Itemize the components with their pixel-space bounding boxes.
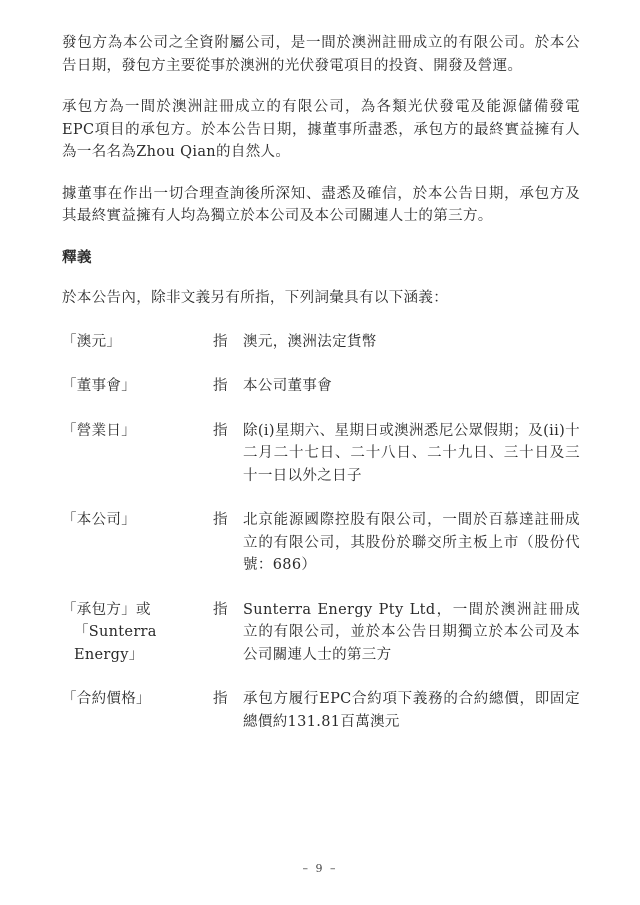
- definition-term-text: 「董事會」: [62, 378, 136, 394]
- definition-text: 北京能源國際控股有限公司，一間於百慕達註冊成立的有限公司，其股份於聯交所主板上市…: [243, 509, 580, 577]
- page-number: – 9 –: [0, 862, 640, 875]
- definition-term: 「營業日」: [62, 420, 213, 443]
- paragraph-contractor-description: 承包方為一間於澳洲註冊成立的有限公司，為各類光伏發電及能源儲備發電EPC項目的承…: [62, 96, 580, 164]
- definition-means: 指: [213, 509, 243, 532]
- definition-term-text: 「本公司」: [62, 512, 136, 528]
- definition-means: 指: [213, 420, 243, 443]
- definition-row-aud: 「澳元」 指 澳元，澳洲法定貨幣: [62, 331, 580, 354]
- definition-term: 「合約價格」: [62, 688, 213, 711]
- section-heading-definitions: 釋義: [62, 247, 580, 269]
- definitions-list: 「澳元」 指 澳元，澳洲法定貨幣 「董事會」 指 本公司董事會 「營業日」 指 …: [62, 331, 580, 734]
- definition-term-alias: 「Sunterra Energy」: [62, 621, 213, 666]
- definition-term: 「本公司」: [62, 509, 213, 532]
- definition-row-contractor: 「承包方」或 「Sunterra Energy」 指 Sunterra Ener…: [62, 599, 580, 667]
- definition-term: 「澳元」: [62, 331, 213, 354]
- definition-term: 「董事會」: [62, 375, 213, 398]
- definitions-intro: 於本公告內，除非文義另有所指，下列詞彙具有以下涵義：: [62, 287, 580, 309]
- definition-row-contract-price: 「合約價格」 指 承包方履行EPC合約項下義務的合約總價，即固定總價約131.8…: [62, 688, 580, 733]
- definition-means: 指: [213, 375, 243, 398]
- paragraph-independence-statement: 據董事在作出一切合理查詢後所深知、盡悉及確信，於本公告日期，承包方及其最終實益擁…: [62, 183, 580, 228]
- paragraph-employer-description: 發包方為本公司之全資附屬公司，是一間於澳洲註冊成立的有限公司。於本公告日期，發包…: [62, 32, 580, 77]
- definition-means: 指: [213, 688, 243, 711]
- definition-row-business-day: 「營業日」 指 除(i)星期六、星期日或澳洲悉尼公眾假期；及(ii)十二月二十七…: [62, 420, 580, 488]
- definition-means: 指: [213, 599, 243, 622]
- definition-row-board: 「董事會」 指 本公司董事會: [62, 375, 580, 398]
- definition-term-text: 「澳元」: [62, 334, 121, 350]
- definition-term-text: 「合約價格」: [62, 691, 151, 707]
- definition-text: 除(i)星期六、星期日或澳洲悉尼公眾假期；及(ii)十二月二十七日、二十八日、二…: [243, 420, 580, 488]
- definition-text: 本公司董事會: [243, 375, 580, 398]
- definition-text: 承包方履行EPC合約項下義務的合約總價，即固定總價約131.81百萬澳元: [243, 688, 580, 733]
- definition-means: 指: [213, 331, 243, 354]
- definition-row-company: 「本公司」 指 北京能源國際控股有限公司，一間於百慕達註冊成立的有限公司，其股份…: [62, 509, 580, 577]
- definition-term-text: 「承包方」或: [62, 602, 151, 618]
- definition-text: Sunterra Energy Pty Ltd，一間於澳洲註冊成立的有限公司，並…: [243, 599, 580, 667]
- definition-term: 「承包方」或 「Sunterra Energy」: [62, 599, 213, 667]
- document-page: 發包方為本公司之全資附屬公司，是一間於澳洲註冊成立的有限公司。於本公告日期，發包…: [62, 32, 580, 755]
- definition-term-text: 「營業日」: [62, 423, 136, 439]
- definition-text: 澳元，澳洲法定貨幣: [243, 331, 580, 354]
